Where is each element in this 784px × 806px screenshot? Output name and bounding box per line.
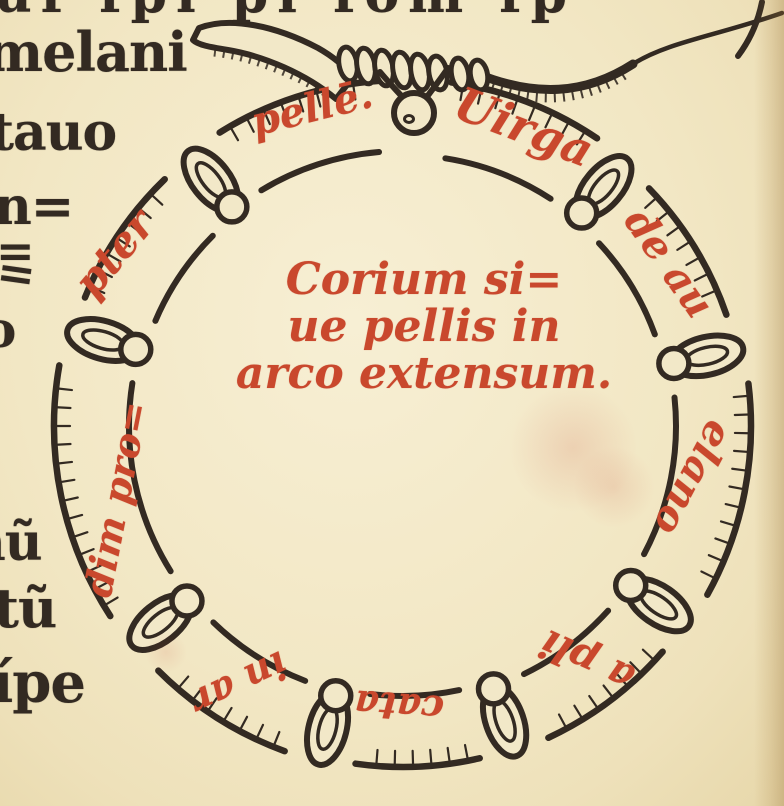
- ring-label-cata: cata: [353, 681, 446, 732]
- ring-segments: [54, 81, 751, 769]
- center-caption: Corium si= ue pellis in arco extensum.: [236, 256, 612, 397]
- margin-fragment: ípe: [0, 650, 85, 716]
- top-knob: [394, 93, 434, 133]
- center-caption-line: arco extensum.: [236, 350, 612, 397]
- manuscript-page: uſ ſpi pī ſom ſp melani tauo n= = = o nũ…: [0, 0, 784, 806]
- center-caption-line: Corium si=: [236, 256, 612, 303]
- margin-fragment: tauo: [0, 102, 116, 163]
- margin-fragment: melani: [0, 20, 187, 84]
- margin-fragment: tũ: [0, 576, 56, 640]
- margin-fragment: nũ: [0, 512, 42, 573]
- rod-shaft: [478, 64, 633, 90]
- margin-fragment: o: [0, 300, 15, 359]
- corner-stroke: [738, 2, 762, 56]
- center-caption-line: ue pellis in: [236, 303, 612, 350]
